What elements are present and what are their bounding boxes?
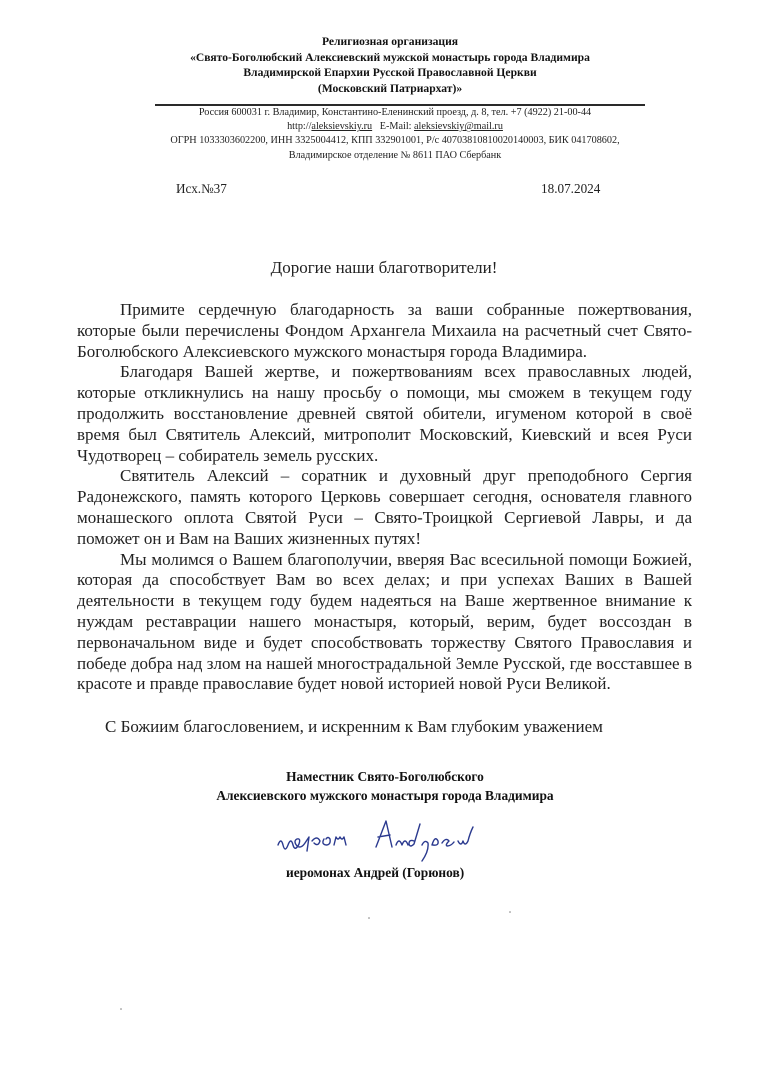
email-link[interactable]: aleksievskiy@mail.ru [414, 121, 503, 132]
greeting: Дорогие наши благотворители! [0, 258, 768, 278]
website-link[interactable]: aleksievskiy.ru [311, 121, 372, 132]
contact-requisites: ОГРН 1033303602200, ИНН 3325004412, КПП … [140, 134, 650, 148]
handwritten-signature [272, 815, 492, 865]
signer-title-line2: Алексиевского мужского монастыря города … [150, 787, 620, 806]
scan-speck [120, 1008, 122, 1010]
contact-address: Россия 600031 г. Владимир, Константино-Е… [140, 106, 650, 120]
contact-block: Россия 600031 г. Владимир, Константино-Е… [140, 106, 650, 163]
email-label: E-Mail: [380, 121, 412, 132]
letterhead-patriarchate: (Московский Патриархат)» [150, 81, 630, 97]
paragraph: Примите сердечную благодарность за ваши … [77, 300, 692, 362]
letterhead-diocese: Владимирской Епархии Русской Православно… [150, 65, 630, 81]
scan-speck [368, 917, 370, 919]
letter-body: Примите сердечную благодарность за ваши … [77, 300, 692, 695]
paragraph: Святитель Алексий – соратник и духовный … [77, 466, 692, 549]
letterhead-org-type: Религиозная организация [150, 34, 630, 50]
signer-title-line1: Наместник Свято-Боголюбского [150, 768, 620, 787]
scan-speck [509, 911, 511, 913]
paragraph: Благодаря Вашей жертве, и пожертвованиям… [77, 362, 692, 466]
letter-date: 18.07.2024 [541, 181, 600, 197]
letterhead-org-name: «Свято-Боголюбский Алексиевский мужской … [150, 50, 630, 66]
letterhead: Религиозная организация «Свято-Боголюбск… [150, 34, 630, 96]
paragraph: Мы молимся о Вашем благополучии, вверяя … [77, 550, 692, 696]
signer-name: иеромонах Андрей (Горюнов) [286, 865, 464, 881]
closing-line: С Божиим благословением, и искренним к В… [105, 717, 603, 737]
outgoing-number: Исх.№37 [176, 181, 227, 197]
signer-title: Наместник Свято-Боголюбского Алексиевско… [150, 768, 620, 805]
contact-web-email: http://aleksievskiy.ru E-Mail: aleksievs… [140, 120, 650, 134]
website-prefix: http:// [287, 121, 311, 132]
contact-bank: Владимирское отделение № 8611 ПАО Сберба… [140, 149, 650, 163]
